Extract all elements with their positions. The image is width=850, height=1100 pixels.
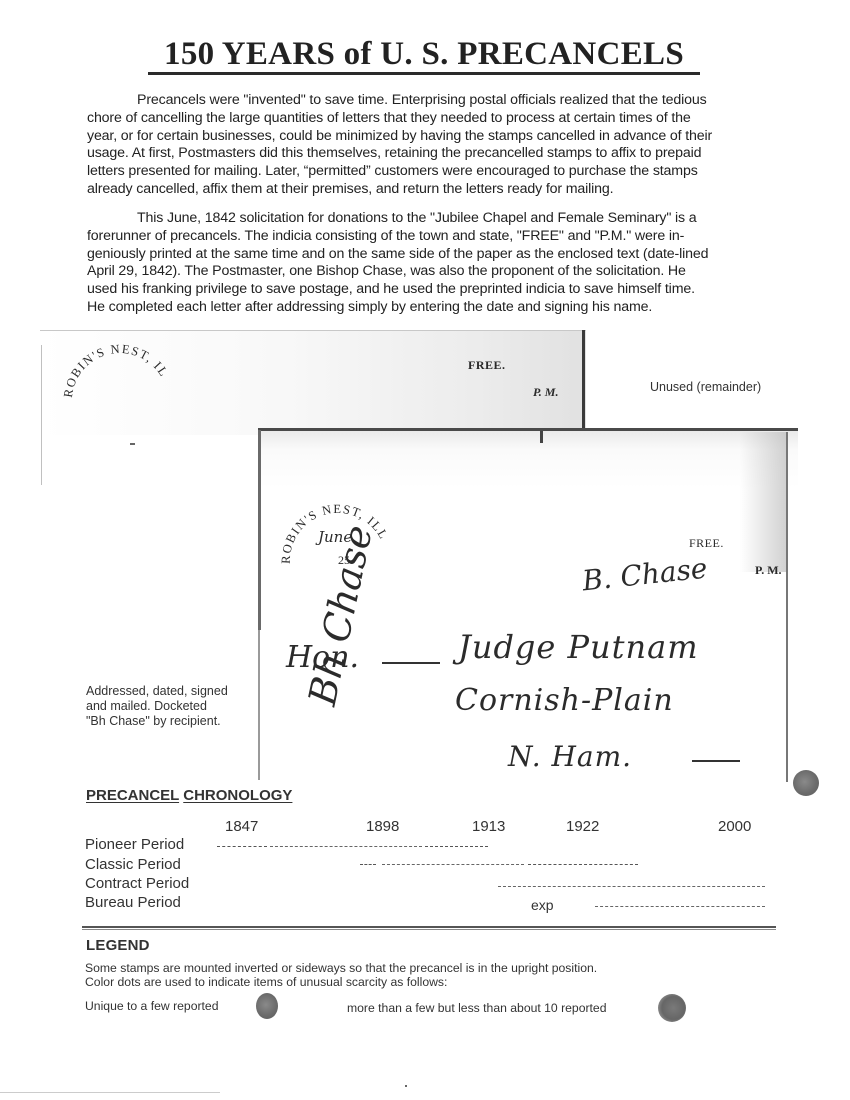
pm-mark: P. M. [755,563,782,578]
year-label: 1847 [225,818,258,835]
intro-paragraph-2: This June, 1842 solicitation for donatio… [87,210,708,317]
text-line: year, or for certain businesses, could b… [87,128,712,146]
text-line: chore of cancelling the large quantities… [87,110,712,128]
caption-line: and mailed. Docketed [86,699,228,714]
intro-paragraph-1: Precancels were "invented" to save time.… [87,92,712,199]
envelope-edge [582,330,585,430]
free-mark: FREE. [689,536,724,551]
text-line: He completed each letter after addressin… [87,299,708,317]
caption-line: Addressed, dated, signed [86,684,228,699]
period-bar-classic [360,864,376,865]
address-flourish [382,662,440,664]
period-bar-pioneer [217,846,267,847]
period-bar-bureau [595,906,765,907]
text-line: geniously printed at the same time and o… [87,246,708,264]
legend-title: LEGEND [86,937,150,954]
text-line: usage. At first, Postmasters did this th… [87,145,712,163]
period-note-exp: exp [531,897,554,913]
free-mark: FREE. [468,358,506,373]
envelope-edge [258,430,261,630]
period-label-pioneer: Pioneer Period [85,836,184,853]
envelope-edge [258,630,260,780]
scarcity-dot-icon [793,770,819,796]
legend-item-few: more than a few but less than about 10 r… [347,1001,607,1015]
dark-gray-dot-icon [256,993,278,1019]
year-label: 1913 [472,818,505,835]
svg-text:ROBIN'S NEST, ILL.: ROBIN'S NEST, ILL. [50,332,171,398]
town-stamp-text: ROBIN'S NEST, ILL. [50,332,171,398]
pm-mark: P. M. [533,385,558,400]
period-label-bureau: Bureau Period [85,894,181,911]
used-caption: Addressed, dated, signed and mailed. Doc… [86,684,228,729]
period-bar-pioneer [425,846,488,847]
text-line: Precancels were "invented" to save time.… [87,92,712,110]
chronology-title-word: PRECANCEL [86,787,179,804]
legend-text: Color dots are used to indicate items of… [85,975,447,989]
envelope-shading [740,432,786,572]
scan-speck [130,443,135,445]
address-state: N. Ham. [508,740,632,773]
period-label-classic: Classic Period [85,856,181,873]
chronology-title: PRECANCEL CHRONOLOGY [86,787,292,804]
year-label: 1922 [566,818,599,835]
period-bar-contract [498,886,765,887]
address-town: Cornish-Plain [455,683,674,718]
page-title: 150 YEARS of U. S. PRECANCELS [148,36,700,73]
legend-item-unique: Unique to a few reported [85,999,218,1013]
envelope-edge [41,345,42,485]
envelope-edge [786,432,788,782]
text-line: forerunner of precancels. The indicia co… [87,228,708,246]
text-line: April 29, 1842). The Postmaster, one Bis… [87,263,708,281]
legend-text: Some stamps are mounted inverted or side… [85,961,597,975]
period-bar-classic [528,864,638,865]
divider [82,929,776,930]
envelope-edge [258,428,798,431]
text-line: already cancelled, affix them at their p… [87,181,712,199]
scan-speck [405,1085,407,1087]
address-name: Judge Putnam [458,628,699,666]
caption-line: "Bh Chase" by recipient. [86,714,228,729]
text-line: This June, 1842 solicitation for donatio… [87,210,708,228]
period-bar-classic [382,864,524,865]
text-line: used his franking privilege to save post… [87,281,708,299]
town-handstamp-unused: ROBIN'S NEST, ILL. [50,332,180,407]
text-line: letters presented for mailing. Later, “p… [87,163,712,181]
year-label: 2000 [718,818,751,835]
envelope-tab [540,431,543,443]
divider [82,926,776,928]
unused-caption: Unused (remainder) [650,380,761,395]
scan-edge [0,1092,220,1093]
period-label-contract: Contract Period [85,875,189,892]
chronology-title-word: CHRONOLOGY [183,787,292,804]
gray-dot-icon [658,994,686,1022]
address-flourish [692,760,740,762]
period-bar-pioneer [270,846,422,847]
title-underline [148,72,700,75]
year-label: 1898 [366,818,399,835]
